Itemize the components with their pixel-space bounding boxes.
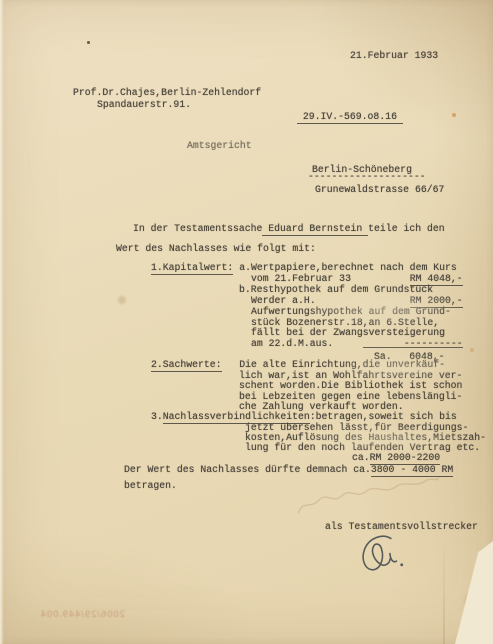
item1-text2: vom 21.Februar 33 [251,273,410,284]
conclusion-pre: Der Wert des Nachlasses dürfte demnach c… [124,464,371,475]
sender-name: Prof.Dr.Chajes,Berlin-Zehlendorf [73,87,261,99]
conclusion-line2: betragen. [124,480,177,492]
paper-left-edge [0,0,4,644]
item1-label: 1.Kapitalwert: [151,262,233,275]
letter-date: 21.Februar 1933 [350,50,438,62]
item3-amount: RM 2000-2200 [370,452,441,465]
item3-text5: ca. [352,452,370,463]
conclusion-line1: Der Wert des Nachlasses dürfte demnach c… [124,464,453,476]
reference-number: 29.IV.-569.o8.16 [297,111,403,123]
recipient-street: Grunewaldstrasse 66/67 [315,184,444,196]
paper-crease [443,538,445,644]
signature-monogram [354,530,413,580]
item2-text1: Die alte Einrichtung,die unverkäuf- [222,359,445,370]
item3-line5: ca.RM 2000-2200 [352,452,440,464]
paper-stain [118,296,126,304]
testator-name: Eduard Bernstein [262,223,368,236]
intro-line: In der Testamentssache Eduard Bernstein … [133,223,445,235]
recipient-city-underline: -------------------- [308,171,426,183]
item1-text1: a.Wertpapiere,berechnet nach dem Kurs [233,262,456,273]
item1-text4: Werder a.H. [251,295,410,306]
intro-line-2: Wert des Nachlasses wie folgt mit: [116,243,316,255]
reference-number-text: 29.IV.-569.o8.16 [297,111,403,124]
pencil-annotation [292,471,445,521]
paper-speck [87,41,90,44]
sum-rule [363,347,463,348]
item2-label: 2.Sachwerte: [151,359,222,372]
item3-text1: :betragen,soweit sich bis [310,411,457,422]
archive-number-mirrored: 2006/29/449.004 [40,610,125,620]
intro-post: teile ich den [368,223,444,234]
signature-period [400,563,403,566]
document-page: 21.Februar 1933 Prof.Dr.Chajes,Berlin-Ze… [0,0,493,644]
recipient: Amtsgericht [187,140,252,152]
foxing-spot [452,113,456,117]
foxing-spot [470,348,474,352]
item1-line8: am 22.d.M.aus. ---------- [251,338,463,350]
torn-corner [455,541,493,644]
sender-street: Spandauerstr.91. [97,99,191,111]
item3-number: 3. [151,411,163,422]
intro-pre: In der Testamentssache [133,223,262,234]
